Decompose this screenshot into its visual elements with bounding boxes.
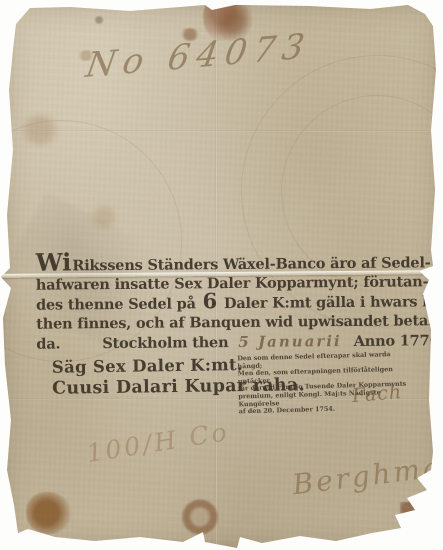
ring-stain xyxy=(181,499,219,535)
body-line-3-pre: des thenne Sedel på xyxy=(36,295,196,313)
banknote-paper: No 64073 WiRikssens Ständers Wäxel-Banco… xyxy=(0,0,443,550)
handwritten-date: 5 Januarii xyxy=(238,332,341,352)
bottom-right-signature: Berghman xyxy=(291,448,443,502)
bottom-left-stain xyxy=(26,492,72,534)
faint-stain xyxy=(20,114,60,146)
handwritten-serial: No 64073 xyxy=(83,26,314,86)
body-line-1: WiRikssens Ständers Wäxel-Banco äro af S… xyxy=(36,249,428,276)
anno-label: Anno 1776 xyxy=(354,331,440,351)
date-line-da: da. xyxy=(36,334,60,354)
printed-text-block: WiRikssens Ständers Wäxel-Banco äro af S… xyxy=(36,249,429,353)
clerk-signature: Fach xyxy=(351,381,403,407)
fold-crease-horizontal xyxy=(0,130,443,132)
body-line-1-text: Rikssens Ständers Wäxel-Banco äro af Sed… xyxy=(72,254,430,274)
place-label: Stockholm then xyxy=(102,333,228,354)
photo-background: No 64073 WiRikssens Ständers Wäxel-Banco… xyxy=(0,0,443,550)
bottom-right-stains xyxy=(400,502,430,536)
ornate-initial: Wi xyxy=(36,247,72,276)
body-line-3-post: Daler K:mt gälla i hwars hand xyxy=(224,293,443,312)
bottom-left-annotation: 100/H Co xyxy=(85,417,232,468)
small-stain xyxy=(94,16,104,24)
denomination-numeral: 6 xyxy=(200,288,219,313)
